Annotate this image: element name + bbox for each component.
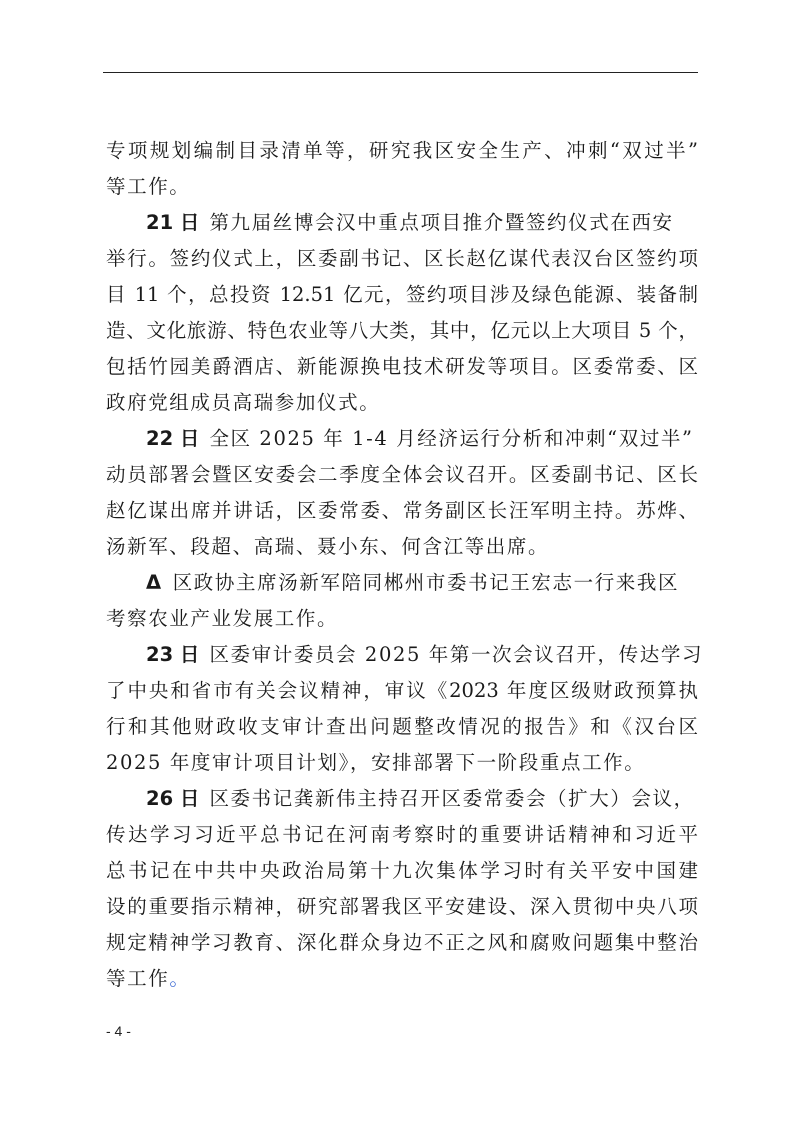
day-label: 23 日 — [146, 643, 199, 666]
text-line: 2025 年度审计项目计划》，安排部署下一阶段重点工作。 — [106, 745, 698, 781]
text-line: 汤新军、段超、高瑞、聂小东、何含江等出席。 — [106, 529, 698, 565]
text-line: 了中央和省市有关会议精神，审议《2023 年度区级财政预算执 — [106, 673, 698, 709]
final-period: 。 — [169, 967, 190, 990]
text-line: 造、文化旅游、特色农业等八大类，其中，亿元以上大项目 5 个， — [106, 313, 698, 349]
text-line: 举行。签约仪式上，区委副书记、区长赵亿谋代表汉台区签约项 — [106, 241, 698, 277]
text-line: 赵亿谋出席并讲话，区委常委、常务副区长汪军明主持。苏烨、 — [106, 493, 698, 529]
entry-day-23: 23 日区委审计委员会 2025 年第一次会议召开，传达学习 了中央和省市有关会… — [106, 637, 698, 781]
entry-day-26: 26 日区委书记龚新伟主持召开区委常委会（扩大）会议， 传达学习习近平总书记在河… — [106, 781, 698, 997]
text-line: 等工作。 — [106, 169, 698, 205]
entry-day-22: 22 日全区 2025 年 1-4 月经济运行分析和冲刺“双过半” 动员部署会暨… — [106, 421, 698, 565]
paragraph-continuation: 专项规划编制目录清单等，研究我区安全生产、冲刺“双过半” 等工作。 — [106, 133, 698, 205]
entry-delta: Δ区政协主席汤新军陪同郴州市委书记王宏志一行来我区 考察农业产业发展工作。 — [106, 565, 698, 637]
text-line: 政府党组成员高瑞参加仪式。 — [106, 385, 698, 421]
page-number: - 4 - — [106, 1023, 131, 1039]
entry-day-21: 21 日第九届丝博会汉中重点项目推介暨签约仪式在西安 举行。签约仪式上，区委副书… — [106, 205, 698, 421]
day-label: 26 日 — [146, 787, 199, 810]
text-line: 考察农业产业发展工作。 — [106, 601, 698, 637]
text-line: 第九届丝博会汉中重点项目推介暨签约仪式在西安 — [209, 211, 673, 234]
text-line: 总书记在中共中央政治局第十九次集体学习时有关平安中国建 — [106, 853, 698, 889]
text-line: 全区 2025 年 1-4 月经济运行分析和冲刺“双过半” — [209, 427, 693, 450]
text-line: 动员部署会暨区安委会二季度全体会议召开。区委副书记、区长 — [106, 457, 698, 493]
day-label: 22 日 — [146, 427, 199, 450]
text-line: 专项规划编制目录清单等，研究我区安全生产、冲刺“双过半” — [106, 133, 698, 169]
header-rule — [103, 72, 698, 73]
day-label: 21 日 — [146, 211, 199, 234]
text-line: 传达学习习近平总书记在河南考察时的重要讲话精神和习近平 — [106, 817, 698, 853]
delta-marker-icon: Δ — [146, 571, 163, 594]
text-line: 设的重要指示精神，研究部署我区平安建设、深入贯彻中央八项 — [106, 889, 698, 925]
text-line: 包括竹园美爵酒店、新能源换电技术研发等项目。区委常委、区 — [106, 349, 698, 385]
text-line: 区委审计委员会 2025 年第一次会议召开，传达学习 — [209, 643, 703, 666]
text-line: 规定精神学习教育、深化群众身边不正之风和腐败问题集中整治 — [106, 925, 698, 961]
text-line: 行和其他财政收支审计查出问题整改情况的报告》和《汉台区 — [106, 709, 698, 745]
text-line: 区政协主席汤新军陪同郴州市委书记王宏志一行来我区 — [173, 571, 679, 594]
text-line: 目 11 个，总投资 12.51 亿元，签约项目涉及绿色能源、装备制 — [106, 277, 698, 313]
text-line: 等工作 — [106, 967, 169, 990]
text-line: 区委书记龚新伟主持召开区委常委会（扩大）会议， — [209, 787, 694, 810]
document-body: 专项规划编制目录清单等，研究我区安全生产、冲刺“双过半” 等工作。 21 日第九… — [106, 133, 698, 997]
